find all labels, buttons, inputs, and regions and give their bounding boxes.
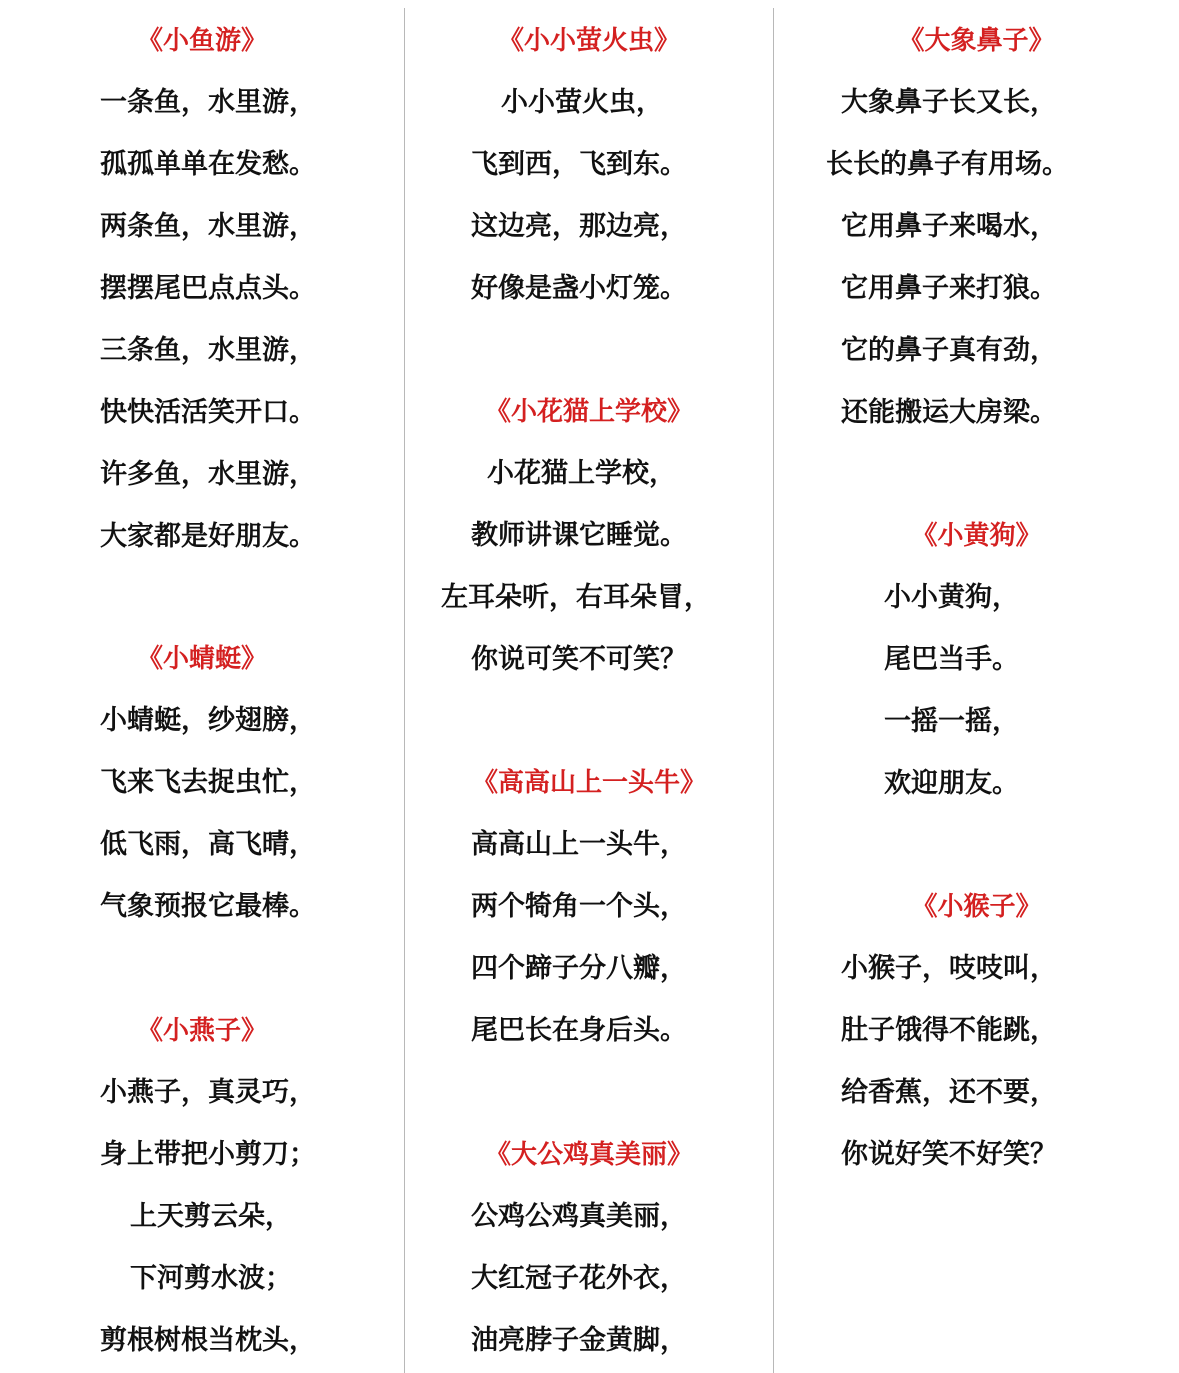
- poem-title: 《小花猫上学校》: [405, 381, 773, 443]
- poem-title: 《小猴子》: [774, 876, 1179, 938]
- poem-xiao-hou-zi: 《小猴子》 小猴子，吱吱叫， 肚子饿得不能跳， 给香蕉，还不要， 你说好笑不好笑…: [774, 876, 1179, 1186]
- poem-line: 它用鼻子来喝水，: [826, 196, 1179, 258]
- poem-title: 《小黄狗》: [774, 505, 1179, 567]
- poem-line: 这边亮，那边亮，: [471, 196, 773, 258]
- poem-xiao-yu-you: 《小鱼游》 一条鱼，水里游， 孤孤单单在发愁。 两条鱼，水里游， 摆摆尾巴点点头…: [0, 10, 404, 568]
- poem-line: 气象预报它最棒。: [100, 876, 404, 938]
- poem-line: 剪根树根当枕头，: [100, 1310, 404, 1372]
- poem-line: 一摇一摇，: [884, 691, 1179, 753]
- poem-line: 飞到西，飞到东。: [471, 134, 773, 196]
- poem-xiao-hua-mao-shang-xue-xiao: 《小花猫上学校》 小花猫上学校， 教师讲课它睡觉。 左耳朵听，右耳朵冒， 你说可…: [405, 381, 773, 691]
- poem-line: 快快活活笑开口。: [100, 382, 404, 444]
- poem-title: 《小小萤火虫》: [405, 10, 773, 72]
- poem-line: 上天剪云朵，: [100, 1186, 404, 1248]
- poem-line: 下河剪水波；: [100, 1248, 404, 1310]
- poem-xiao-xiao-ying-huo-chong: 《小小萤火虫》 小小萤火虫， 飞到西，飞到东。 这边亮，那边亮， 好像是盏小灯笼…: [405, 10, 773, 320]
- poem-line: 两条鱼，水里游，: [100, 196, 404, 258]
- poem-line: 身上带把小剪刀；: [100, 1124, 404, 1186]
- poem-line: 两个犄角一个头，: [471, 876, 773, 938]
- poem-line: 大红冠子花外衣，: [471, 1248, 773, 1310]
- poem-line: 尾巴当手。: [884, 629, 1179, 691]
- poem-title: 《小鱼游》: [0, 10, 404, 72]
- poem-line: 它的鼻子真有劲，: [826, 320, 1179, 382]
- poem-xiao-yan-zi: 《小燕子》 小燕子，真灵巧， 身上带把小剪刀； 上天剪云朵， 下河剪水波； 剪根…: [0, 1000, 404, 1372]
- poem-line: 飞来飞去捉虫忙，: [100, 752, 404, 814]
- poem-line: 孤孤单单在发愁。: [100, 134, 404, 196]
- poem-da-gong-ji-zhen-mei-li: 《大公鸡真美丽》 公鸡公鸡真美丽， 大红冠子花外衣， 油亮脖子金黄脚，: [405, 1124, 773, 1372]
- poem-line: 它用鼻子来打狼。: [826, 258, 1179, 320]
- poem-gao-gao-shan-shang-yi-tou-niu: 《高高山上一头牛》 高高山上一头牛， 两个犄角一个头， 四个蹄子分八瓣， 尾巴长…: [405, 752, 773, 1062]
- poem-line: 小蜻蜓，纱翅膀，: [100, 690, 404, 752]
- poem-line: 低飞雨，高飞晴，: [100, 814, 404, 876]
- poem-line: 大象鼻子长又长，: [826, 72, 1179, 134]
- poem-line: 公鸡公鸡真美丽，: [471, 1186, 773, 1248]
- poem-line: 大家都是好朋友。: [100, 506, 404, 568]
- poem-line: 三条鱼，水里游，: [100, 320, 404, 382]
- poem-title: 《小燕子》: [0, 1000, 404, 1062]
- poem-line: 给香蕉，还不要，: [841, 1062, 1179, 1124]
- poem-xiao-huang-gou: 《小黄狗》 小小黄狗， 尾巴当手。 一摇一摇， 欢迎朋友。: [774, 505, 1179, 815]
- column-1: 《小鱼游》 一条鱼，水里游， 孤孤单单在发愁。 两条鱼，水里游， 摆摆尾巴点点头…: [0, 0, 404, 1373]
- poem-title: 《大象鼻子》: [774, 10, 1179, 72]
- poem-line: 你说好笑不好笑？: [841, 1124, 1179, 1186]
- poem-line: 小猴子，吱吱叫，: [841, 938, 1179, 1000]
- poem-line: 油亮脖子金黄脚，: [471, 1310, 773, 1372]
- poem-da-xiang-bi-zi: 《大象鼻子》 大象鼻子长又长， 长长的鼻子有用场。 它用鼻子来喝水， 它用鼻子来…: [774, 10, 1179, 444]
- poem-line: 肚子饿得不能跳，: [841, 1000, 1179, 1062]
- poem-title: 《小蜻蜓》: [0, 628, 404, 690]
- poem-line: 好像是盏小灯笼。: [471, 258, 773, 320]
- poem-line: 小燕子，真灵巧，: [100, 1062, 404, 1124]
- poem-line: 许多鱼，水里游，: [100, 444, 404, 506]
- poem-line: 教师讲课它睡觉。: [441, 505, 773, 567]
- poem-line: 小小萤火虫，: [471, 72, 773, 134]
- poem-line: 小小黄狗，: [884, 567, 1179, 629]
- poem-line: 你说可笑不可笑？: [441, 629, 773, 691]
- poem-xiao-qing-ting: 《小蜻蜓》 小蜻蜓，纱翅膀， 飞来飞去捉虫忙， 低飞雨，高飞晴， 气象预报它最棒…: [0, 628, 404, 938]
- column-2: 《小小萤火虫》 小小萤火虫， 飞到西，飞到东。 这边亮，那边亮， 好像是盏小灯笼…: [405, 0, 773, 1373]
- poem-title: 《高高山上一头牛》: [405, 752, 773, 814]
- poem-line: 左耳朵听，右耳朵冒，: [441, 567, 773, 629]
- poem-line: 欢迎朋友。: [884, 753, 1179, 815]
- poem-line: 一条鱼，水里游，: [100, 72, 404, 134]
- column-3: 《大象鼻子》 大象鼻子长又长， 长长的鼻子有用场。 它用鼻子来喝水， 它用鼻子来…: [774, 0, 1179, 1373]
- poem-line: 还能搬运大房梁。: [826, 382, 1179, 444]
- poem-title: 《大公鸡真美丽》: [405, 1124, 773, 1186]
- poem-line: 摆摆尾巴点点头。: [100, 258, 404, 320]
- poem-line: 小花猫上学校，: [441, 443, 773, 505]
- poem-line: 尾巴长在身后头。: [471, 1000, 773, 1062]
- poem-line: 四个蹄子分八瓣，: [471, 938, 773, 1000]
- poem-line: 长长的鼻子有用场。: [826, 134, 1179, 196]
- poem-line: 高高山上一头牛，: [471, 814, 773, 876]
